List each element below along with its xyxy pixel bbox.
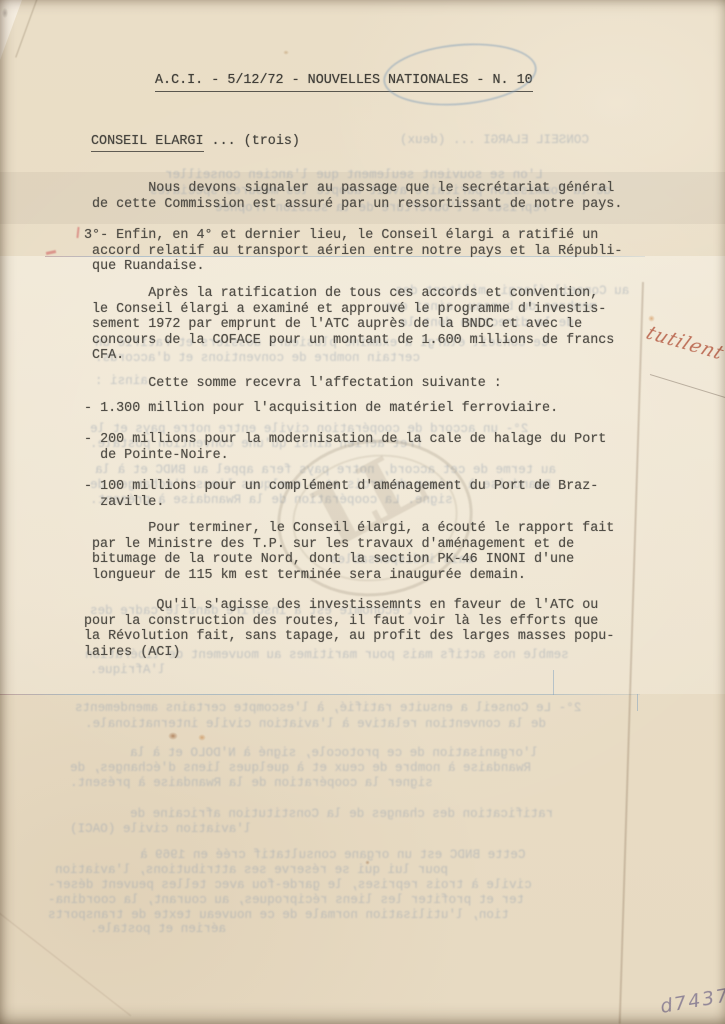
ghost-bleedthrough-line: l'aviation civile (OACI) xyxy=(70,822,251,836)
section-heading: CONSEIL ELARGI ... (trois) xyxy=(91,134,300,149)
section-heading-text: CONSEIL ELARGI xyxy=(91,134,204,152)
paragraph: 3°- Enfin, en 4° et dernier lieu, le Con… xyxy=(84,228,622,275)
ghost-bleedthrough-line: ter et profiter les liens réciproques, a… xyxy=(48,893,524,907)
pencil-archive-code: d7437 xyxy=(659,984,725,1018)
section-heading-suffix: ... (trois) xyxy=(204,134,300,149)
list-item: - 200 millions pour la modernisation de … xyxy=(84,432,606,463)
ghost-bleedthrough-line: 2°- Le Conseil a ensuite ratifié, à l'es… xyxy=(75,701,581,715)
blue-rule-tick xyxy=(637,694,638,711)
ghost-bleedthrough-line: aérien et postale. xyxy=(90,922,226,936)
red-ink-mark xyxy=(46,250,56,255)
oval-stamp-icon xyxy=(381,37,540,111)
list-item: - 1.300 million pour l'acquisition de ma… xyxy=(84,401,558,417)
scanned-document-page: CONSEIL ELARGI ... (deux)L'on se souvien… xyxy=(0,0,725,1024)
paragraph: Nous devons signaler au passage que le s… xyxy=(92,181,622,212)
ghost-bleedthrough-line: Rwandaise à nombre de ceux et à quelques… xyxy=(70,761,531,775)
paragraph: Pour terminer, le Conseil élargi, a écou… xyxy=(92,521,614,583)
ghost-bleedthrough-line: l'Afrique. xyxy=(90,663,166,677)
ghost-bleedthrough-line: l'organisation de ce protocole, signé à … xyxy=(130,746,538,760)
ghost-bleedthrough-line: signer la coopération de la Rwandaise à … xyxy=(70,776,433,790)
blue-rule-line-bottom xyxy=(0,694,640,695)
list-item: - 100 millions pour un complément d'amén… xyxy=(84,479,598,510)
corner-fold xyxy=(0,0,22,60)
ghost-bleedthrough-line: tion, l'utilisation normale de ce nouvea… xyxy=(48,908,509,922)
ghost-bleedthrough-line: pour lui qui se réserve ses attributions… xyxy=(55,863,448,877)
paper-stain xyxy=(648,315,655,322)
paper-stain xyxy=(365,860,370,865)
paragraph: Cette somme recevra l'affectation suivan… xyxy=(92,376,502,392)
paragraph: Après la ratification de tous ces accord… xyxy=(92,286,614,364)
paragraph: Qu'il s'agisse des investissemnts en fav… xyxy=(84,598,614,660)
ghost-bleedthrough-line: L'on se souvient seulement que l'ancien … xyxy=(165,168,543,182)
ghost-bleedthrough-line: Cette BNDC est un organe consultatif cré… xyxy=(140,848,525,862)
paper-stain xyxy=(198,734,206,741)
paper-stain xyxy=(168,732,178,740)
blue-rule-tick xyxy=(553,670,554,695)
paper-stain xyxy=(283,50,289,55)
ghost-bleedthrough-line: CONSEIL ELARGI ... (deux) xyxy=(400,133,589,147)
red-ink-mark xyxy=(76,227,79,238)
ghost-bleedthrough-line: de la convention relative à l'aviation c… xyxy=(85,717,546,731)
ghost-bleedthrough-line: ratification des changes de la Constitut… xyxy=(130,807,553,821)
ghost-bleedthrough-line: civile à trois reprises, le garde-fou av… xyxy=(48,878,532,892)
